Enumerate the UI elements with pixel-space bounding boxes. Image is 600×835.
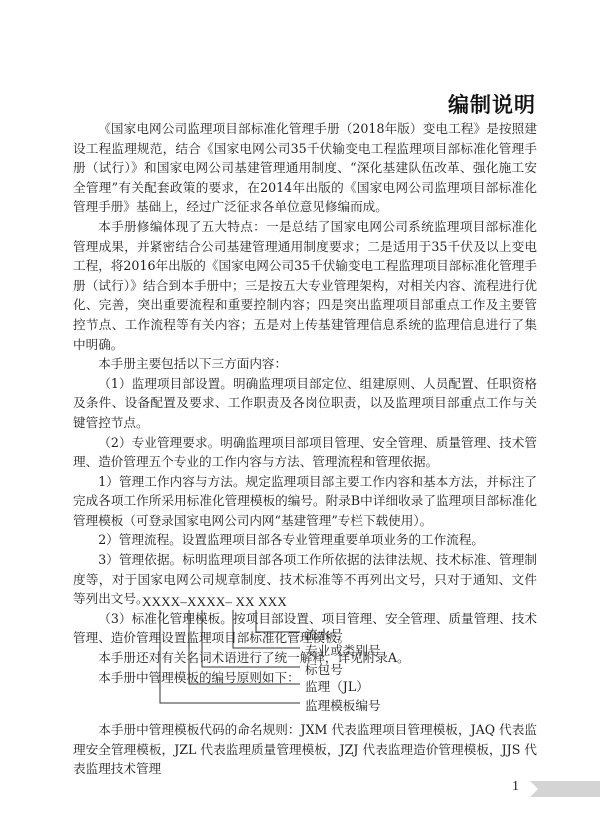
paragraph-item-1: （1）监理项目部设置。明确监理项目部定位、组建原则、人员配置、任职资格及条件、设… [73, 374, 537, 433]
label-specialty-category: 专业或类别号 [305, 640, 381, 659]
paragraph-contents-heading: 本手册主要包括以下三方面内容： [73, 354, 537, 374]
paragraph-naming-rules: 本手册中管理模板代码的命名规则：JXM 代表监理项目管理模板，JAQ 代表监理安… [73, 720, 537, 779]
page-title: 编制说明 [448, 89, 536, 119]
closing-text: 本手册中管理模板代码的命名规则：JXM 代表监理项目管理模板，JAQ 代表监理安… [73, 720, 537, 779]
page-tab-decoration [530, 781, 600, 797]
label-template-number: 监理模板编号 [305, 695, 381, 714]
numbering-diagram: XXXX–XXXX– XX XXX 流水号 专业或类别号 标包号 监理（JL） … [0, 590, 600, 715]
paragraph-intro: 《国家电网公司监理项目部标准化管理手册（2018年版）变电工程》是按照建设工程监… [73, 119, 537, 217]
paragraph-features: 本手册修编体现了五大特点：一是总结了国家电网公司系统监理项目部标准化管理成果，并… [73, 217, 537, 354]
paragraph-subitem-1: 1）管理工作内容与方法。规定监理项目部主要工作内容和基本方法，并标注了完成各项工… [73, 472, 537, 531]
connector-lines [0, 590, 600, 715]
label-supervision-jl: 监理（JL） [305, 676, 369, 695]
paragraph-item-2: （2）专业管理要求。明确监理项目部项目管理、安全管理、质量管理、技术管理、造价管… [73, 433, 537, 472]
page-number: 1 [512, 779, 519, 795]
paragraph-subitem-2: 2）管理流程。设置监理项目部各专业管理重要单项业务的工作流程。 [73, 530, 537, 550]
